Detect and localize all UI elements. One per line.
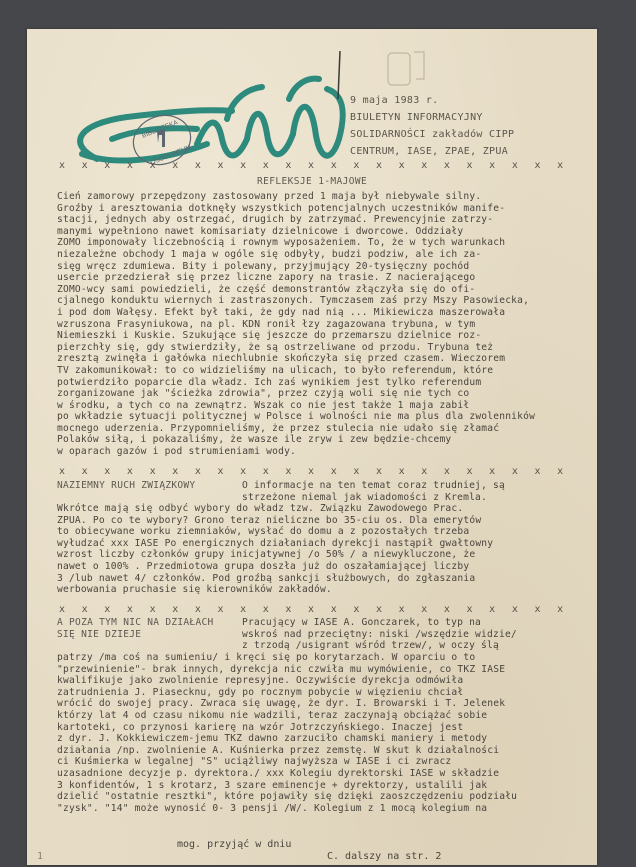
section-body: Wkrótce mają się odbyć wybory do władz t… xyxy=(57,503,597,596)
text-line: to obiecywane worku ziemniaków, wysłać d… xyxy=(57,526,597,538)
last-line: mog. przyjąć w dniu xyxy=(177,839,291,850)
text-line: zorganizowane jak "ścieżka zdrowia", prz… xyxy=(57,388,597,400)
text-line: Pracujący w IASE A. Gonczarek, to typ na xyxy=(242,617,517,629)
text-line: pierzchły się, gdy stwierdziły, że są os… xyxy=(57,342,597,354)
separator: x x x x x x x x x x x x x x x x x x x x … xyxy=(59,466,577,477)
text-line: niezależne obchody 1 maja w ogóle się od… xyxy=(57,249,597,261)
text-line: zresztą zwinęła i gałówka niechlubnie sk… xyxy=(57,353,597,365)
text-line: zatrudnienia J. Piasecknu, gdy po roczny… xyxy=(57,687,597,699)
text-line: ZOMO-wcy sami powiedzieli, że część demo… xyxy=(57,284,597,296)
bulletin-title: BIULETYN INFORMACYJNY xyxy=(350,109,514,126)
section-heading: A POZA TYM NIC NA DZIAŁACH SIĘ NIE DZIEJ… xyxy=(57,617,214,640)
text-line: strzeżone niemal jak wiadomości z Kremla… xyxy=(242,492,505,504)
bulletin-subtitle: SOLIDARNOŚCI zakładów CIPP xyxy=(350,126,514,143)
text-line: i pod dom Wałęsy. Efekt był taki, że gdy… xyxy=(57,307,597,319)
text-line: sięg wręcz zdumiewa. Bity i polewany, pr… xyxy=(57,261,597,273)
text-line: działania /np. zwolnienie A. Kuśnierka p… xyxy=(57,745,597,757)
text-line: kartoteki, co przynosi karierę na wzór J… xyxy=(57,722,597,734)
text-line: z dyr. J. Kokkiewiczem-jemu TKZ dawno za… xyxy=(57,733,597,745)
text-line: po wkładzie sytuacji politycznej w Polsc… xyxy=(57,411,597,423)
text-line: Wkrótce mają się odbyć wybory do władz t… xyxy=(57,503,597,515)
page-mark: 1 xyxy=(37,851,43,862)
text-line: ci Kuśmierka w legalnej "S" uciążliwy na… xyxy=(57,756,597,768)
text-line: Niemieszki i Kuskie. Szukujące się jeszc… xyxy=(57,330,597,342)
text-line: 3 /lub nawet 4/ członków. Pod groźbą san… xyxy=(57,573,597,585)
stamp-top-text: BIBLIOTEKA xyxy=(141,119,179,140)
text-line: uzasadnione decyzje p. dyrektora./ xxx K… xyxy=(57,768,597,780)
text-line: z trzodą /usigrant wśród trzew/, w oczy … xyxy=(242,640,517,652)
text-line: patrzy /ma coś na sumieniu/ i kręci się … xyxy=(57,652,597,664)
text-line: wzruszona Frasyniukowa, na pl. KDN ronił… xyxy=(57,319,597,331)
pencil-mark xyxy=(384,49,464,91)
text-line: Polaków siłą, i pokazaliśmy, że wasze il… xyxy=(57,434,597,446)
text-line: cjalnego konduktu wiernych i zastraszony… xyxy=(57,295,597,307)
text-line: "przewinienie"- brak innych, dyrekcja ni… xyxy=(57,664,597,676)
text-line: wzrost liczby członków grupy inicjatywne… xyxy=(57,549,597,561)
text-line: usercie przedzierał się przez liczne zap… xyxy=(57,272,597,284)
text-line: mocnego uderzenia. Przypomnieliśmy, że p… xyxy=(57,423,597,435)
text-line: którzy lat 4 od czasu nikomu nie wadzili… xyxy=(57,710,597,722)
text-line: manymi wypełniono nawet komisariaty dzie… xyxy=(57,226,597,238)
masthead: 9 maja 1983 r. BIULETYN INFORMACYJNY SOL… xyxy=(350,92,514,160)
text-line: nawet o 100% . Przedmiotowa grupa doszła… xyxy=(57,561,597,573)
text-line: 3 konfidentów, 1 s krotarz, 3 szare emin… xyxy=(57,780,597,792)
section-intro: O informacje na ten temat coraz trudniej… xyxy=(242,480,505,503)
section-heading: NAZIEMNY RUCH ZWIĄZKOWY xyxy=(57,480,195,492)
text-line: wrócić do swojej pracy. Zwraca się uwagę… xyxy=(57,698,597,710)
text-line: stacji, jednych aby ostrzegać, drugich b… xyxy=(57,214,597,226)
text-line: Groźby i aresztowania dotknęły wszystkic… xyxy=(57,203,597,215)
separator: x x x x x x x x x x x x x x x x x x x x … xyxy=(59,604,577,615)
text-line: O informacje na ten temat coraz trudniej… xyxy=(242,480,505,492)
section-heading-line: A POZA TYM NIC NA DZIAŁACH xyxy=(57,617,214,629)
section-heading-line: SIĘ NIE DZIEJE xyxy=(57,629,214,641)
text-line: TV zakomunikował: to co widzieliśmy na u… xyxy=(57,365,597,377)
text-line: kwalifikuje jako zwolnienie represyjne. … xyxy=(57,675,597,687)
section-body: Cień zamorowy przepędzony zastosowany pr… xyxy=(57,191,597,458)
text-line: w środku, a tych co na zewnątrz. Wszak c… xyxy=(57,400,597,412)
section-body: patrzy /ma coś na sumieniu/ i kręci się … xyxy=(57,652,597,814)
text-line: potwierdziło poparcie dla władz. Ich zaś… xyxy=(57,377,597,389)
text-line: werbowania pruchasie się kierowników zak… xyxy=(57,584,597,596)
text-line: dzielić "ostatnie resztki", które pojawi… xyxy=(57,791,597,803)
section-intro: Pracujący w IASE A. Gonczarek, to typ na… xyxy=(242,617,517,652)
library-stamp-icon: BIBLIOTEKA OSSOLINEUM xyxy=(131,113,193,167)
text-line: "zysk". "14" może wynosić 0- 3 pensji /W… xyxy=(57,803,597,815)
newsletter-page: BIBLIOTEKA OSSOLINEUM 9 maja 1983 r. BIU… xyxy=(27,29,597,865)
text-line: ZPUA. Po co te wybory? Grono teraz nieli… xyxy=(57,515,597,527)
text-line: w oparach gazów i pod strumieniami wody. xyxy=(57,446,597,458)
continued-note: C. dalszy na str. 2 xyxy=(327,851,441,862)
text-line: wskroś nad przeciętny: niski /wszędzie w… xyxy=(242,629,517,641)
bulletin-plants: CENTRUM, IASE, ZPAE, ZPUA xyxy=(350,143,514,160)
separator: x x x x x x x x x x x x x x x x x x x x … xyxy=(59,160,577,171)
section-heading: REFLEKSJE 1-MAJOWE xyxy=(257,176,367,187)
issue-date: 9 maja 1983 r. xyxy=(350,92,514,109)
text-line: ZOMO imponowały liczebnością i rownym wy… xyxy=(57,237,597,249)
text-line: Cień zamorowy przepędzony zastosowany pr… xyxy=(57,191,597,203)
text-line: wyłudzać xxx IASE Po energicznych działa… xyxy=(57,538,597,550)
